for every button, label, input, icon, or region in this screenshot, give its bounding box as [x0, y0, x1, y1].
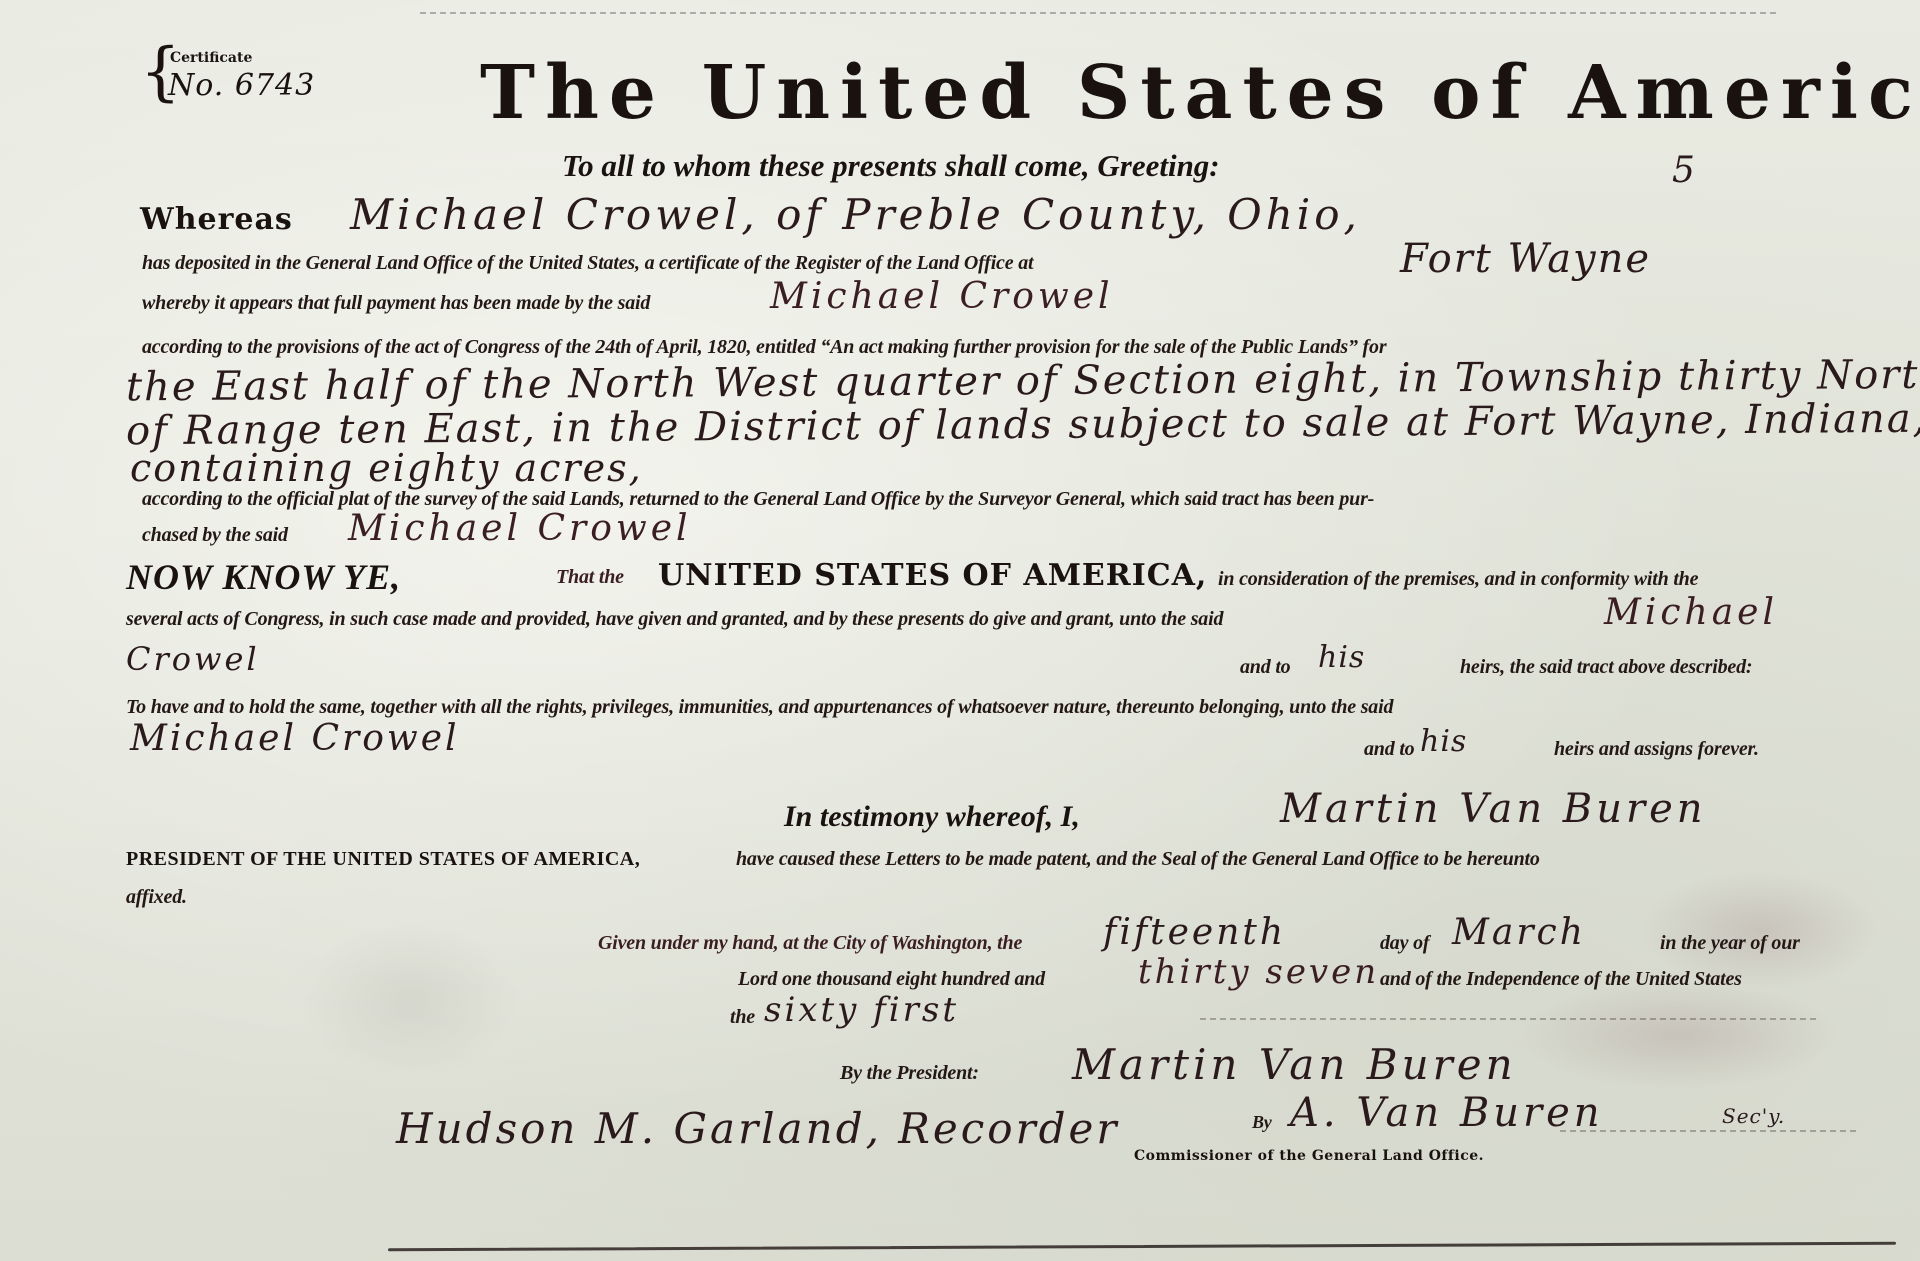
grantee-name-3b: Crowel — [126, 640, 260, 678]
testimony-lead: In testimony whereof, I, — [784, 800, 1080, 834]
and-to-1: and to — [1240, 656, 1290, 679]
grantee-clause: Michael Crowel, of Preble County, Ohio, — [350, 190, 1361, 239]
faint-line-2 — [1560, 1130, 1860, 1132]
year-handwritten: thirty seven — [1138, 952, 1379, 992]
faint-line-1 — [1200, 1018, 1820, 1020]
greeting-line: To all to whom these presents shall come… — [562, 148, 1220, 184]
secretary-suffix: Sec'y. — [1722, 1104, 1785, 1128]
whereas-lead: Whereas — [140, 202, 293, 237]
certificate-label: Certificate — [170, 50, 252, 66]
affixed: affixed. — [126, 886, 187, 909]
testimony-line-rest: have caused these Letters to be made pat… — [736, 848, 1540, 871]
given-line-2b: and of the Independence of the United St… — [1380, 968, 1742, 991]
whereby-line: whereby it appears that full payment has… — [142, 292, 650, 315]
given-line-1a: Given under my hand, at the City of Wash… — [598, 932, 1022, 955]
and-to-2: and to — [1364, 738, 1414, 761]
grantee-name-3a: Michael — [1604, 592, 1778, 633]
his-1: his — [1318, 640, 1365, 675]
president-signature: Martin Van Buren — [1072, 1040, 1517, 1089]
given-line-3a: the — [730, 1006, 755, 1029]
president-name-testimony: Martin Van Buren — [1280, 786, 1707, 832]
grantee-name-2: Michael Crowel — [348, 508, 692, 549]
grantee-name-1: Michael Crowel — [770, 276, 1114, 317]
margin-mark: 5 — [1672, 150, 1696, 191]
by-the-president-label: By the President: — [840, 1062, 979, 1085]
recorder-signature: Hudson M. Garland, Recorder — [396, 1104, 1119, 1153]
top-faint-rule — [420, 12, 1780, 14]
certificate-number: No. 6743 — [168, 68, 315, 103]
secretary-signature: A. Van Buren — [1290, 1090, 1604, 1136]
survey-line-1: according to the official plat of the su… — [142, 488, 1374, 511]
his-2: his — [1420, 724, 1467, 759]
given-line-1c: in the year of our — [1660, 932, 1800, 955]
land-office-location: Fort Wayne — [1400, 236, 1651, 282]
now-know-ye: NOW KNOW YE, — [126, 556, 401, 598]
commissioner-label: Commissioner of the General Land Office. — [1134, 1148, 1484, 1164]
document-title: The United States of America, — [480, 50, 1920, 136]
by-label: By — [1252, 1112, 1272, 1133]
usa-caps-grant: UNITED STATES OF AMERICA, — [658, 558, 1207, 593]
grantee-name-4: Michael Crowel — [130, 718, 460, 759]
that-the: That the — [556, 566, 624, 589]
grant-line-2: several acts of Congress, in such case m… — [126, 608, 1223, 631]
act-of-congress-line: according to the provisions of the act o… — [142, 336, 1386, 359]
grant-line-1-rest: in consideration of the premises, and in… — [1218, 568, 1698, 591]
land-description-line-3: containing eighty acres, — [130, 446, 643, 490]
embossed-seal-left — [300, 920, 520, 1080]
deposited-line: has deposited in the General Land Office… — [142, 252, 1033, 275]
heirs-clause: heirs, the said tract above described: — [1460, 656, 1752, 679]
day-handwritten: fifteenth — [1103, 912, 1286, 953]
habendum-line: To have and to hold the same, together w… — [126, 696, 1393, 719]
independence-year-handwritten: sixty first — [764, 990, 959, 1030]
given-line-1b: day of — [1380, 932, 1429, 955]
survey-line-2: chased by the said — [142, 524, 288, 547]
president-caps: PRESIDENT OF THE UNITED STATES OF AMERIC… — [126, 848, 640, 871]
month-handwritten: March — [1452, 912, 1586, 953]
heirs-assigns: heirs and assigns forever. — [1554, 738, 1759, 761]
given-line-2a: Lord one thousand eight hundred and — [738, 968, 1045, 991]
seal-impression-2 — [1520, 980, 1840, 1090]
